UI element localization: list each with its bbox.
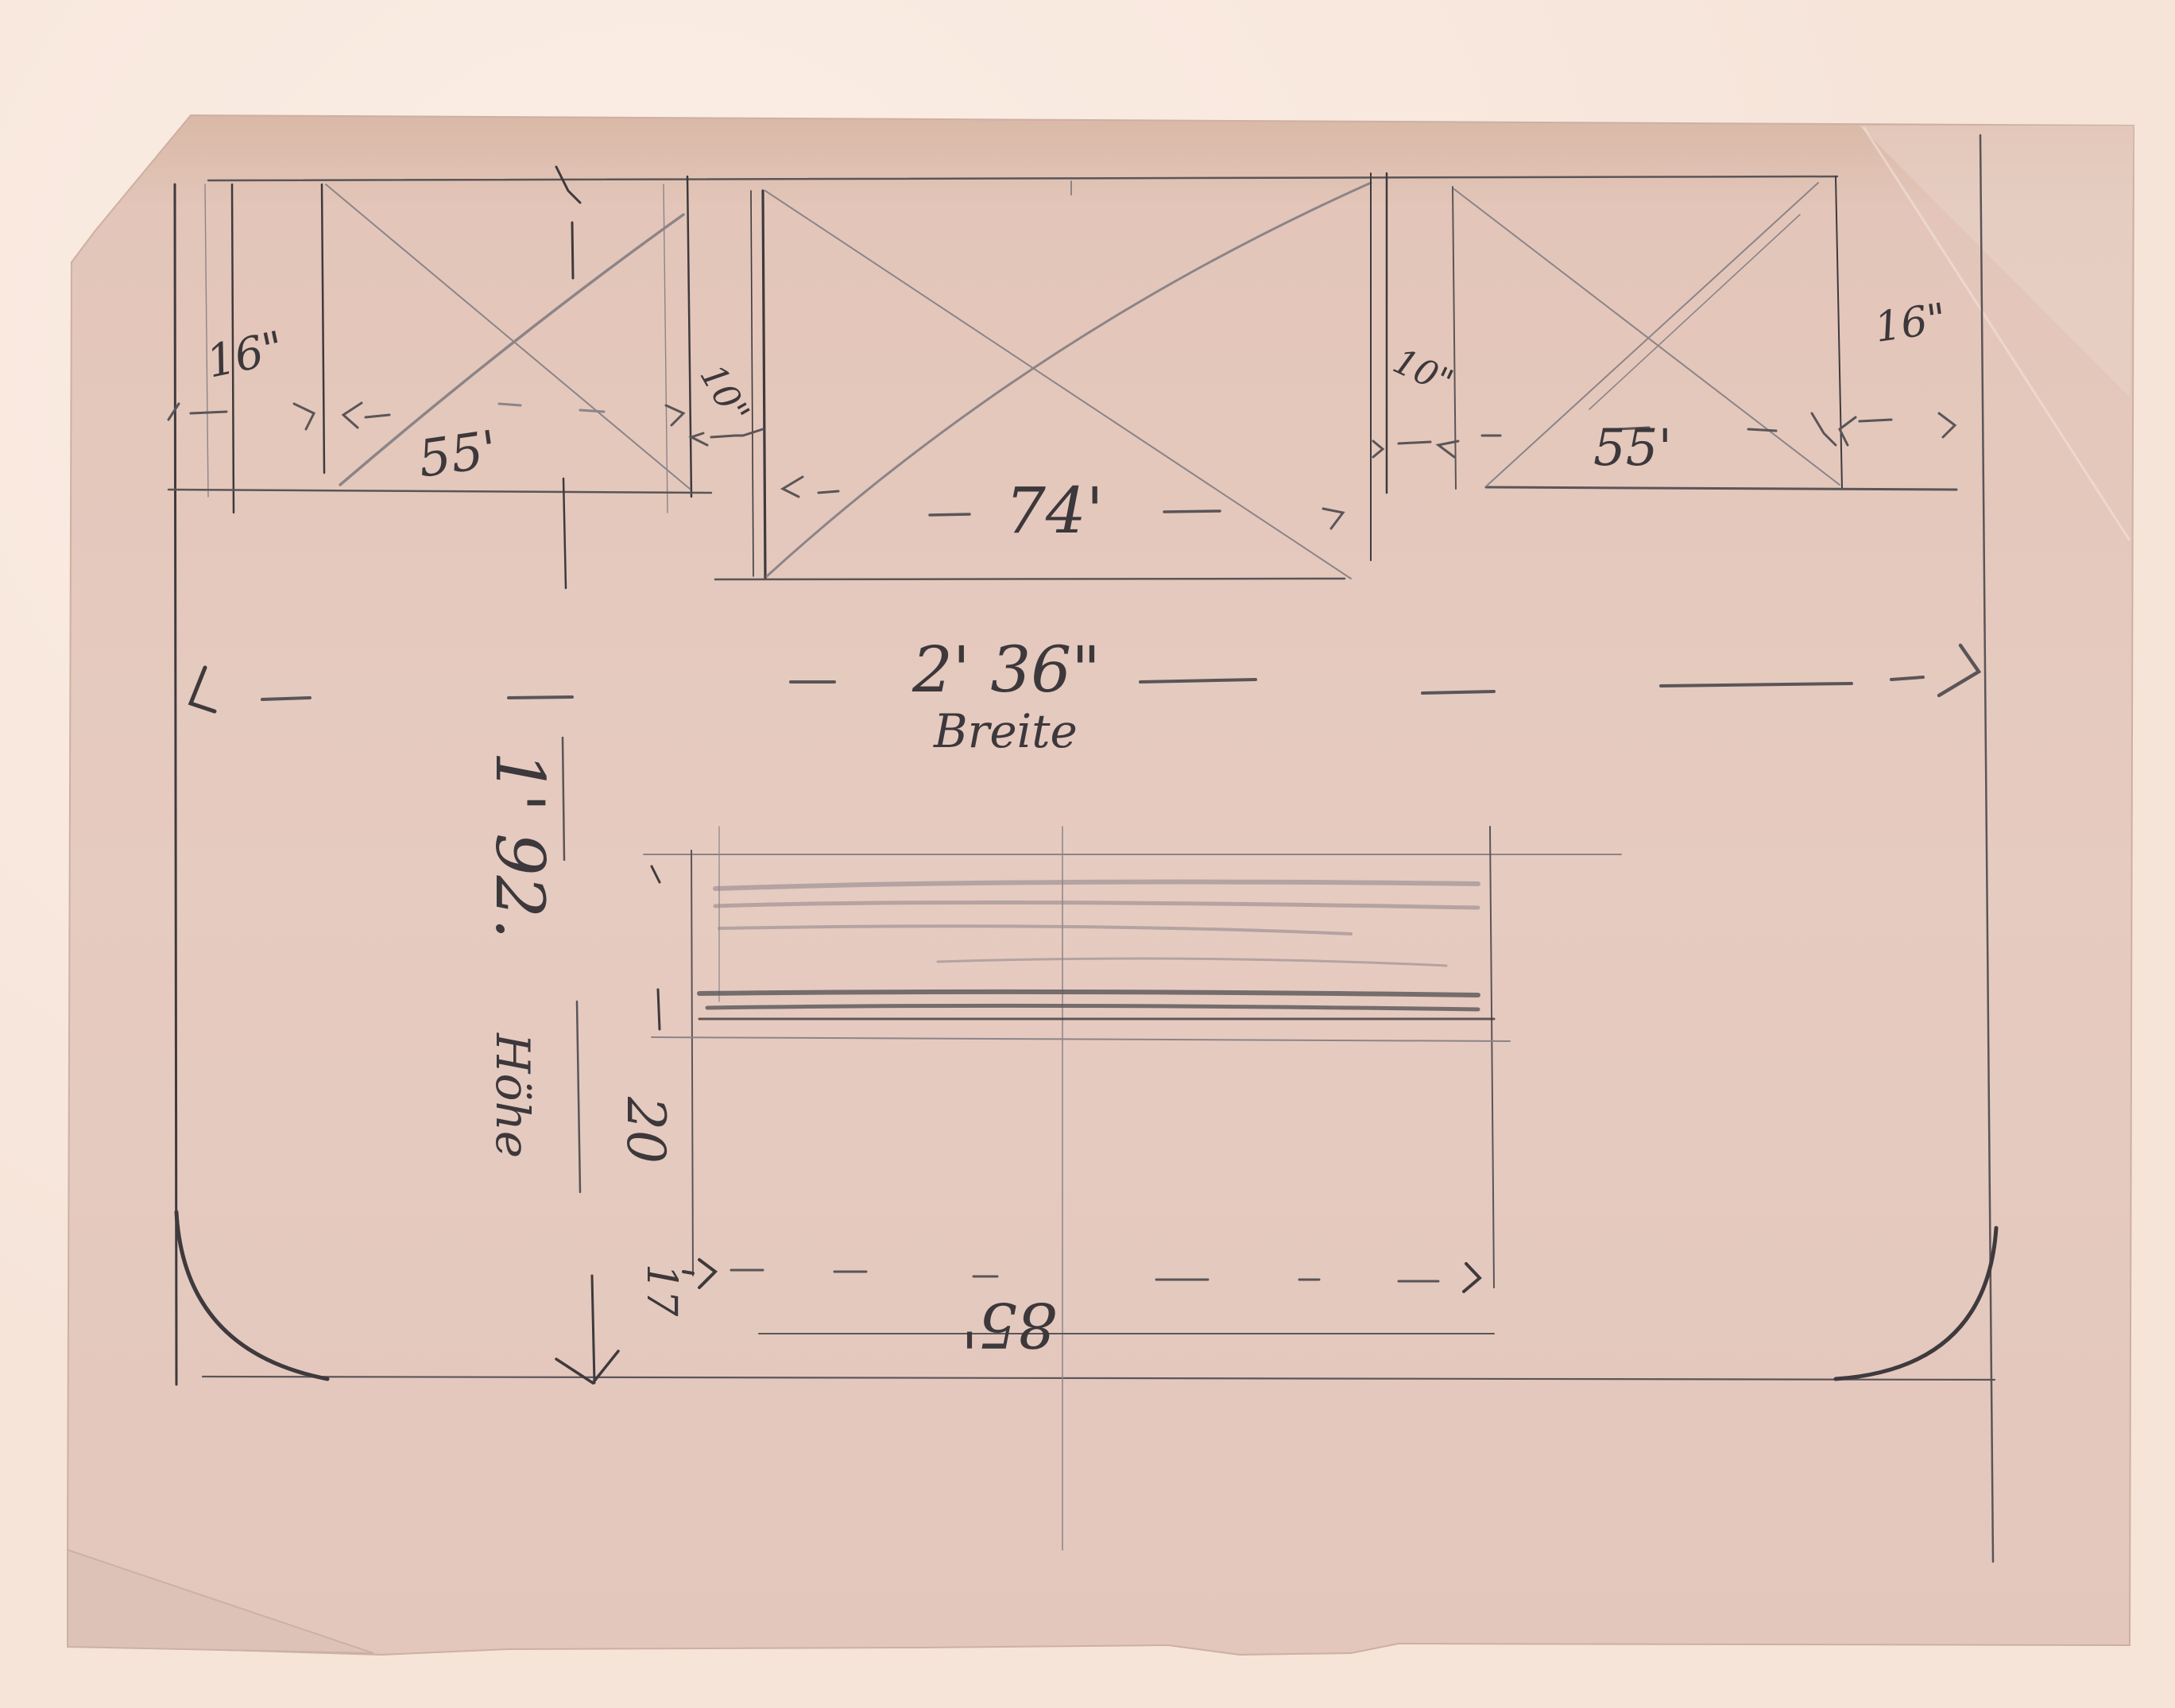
lower-height-label: 20 (615, 1096, 676, 1164)
overall-width-note: Breite (933, 704, 1078, 758)
vertical-dimension-label: 1' 92. (481, 751, 559, 939)
mount-board: 16" 55' 10" 74' 10" 55' 16" 2' 36" Breit… (0, 0, 2175, 1708)
left-window-label: 55' (415, 420, 501, 490)
right-window-label: 55' (1593, 419, 1672, 478)
sketch-sheet: 16" 55' 10" 74' 10" 55' 16" 2' 36" Breit… (0, 0, 2175, 1708)
overall-width-label: 2' 36" (911, 633, 1101, 707)
right-strip-label: 16" (1871, 295, 1949, 352)
paper-sheet (68, 115, 2134, 1655)
lower-width-label: 85' (961, 1288, 1057, 1360)
vertical-dimension-note: Höhe (486, 1032, 540, 1158)
center-window-label: 74' (1005, 474, 1104, 548)
lower-small-label: 17 (637, 1264, 685, 1317)
